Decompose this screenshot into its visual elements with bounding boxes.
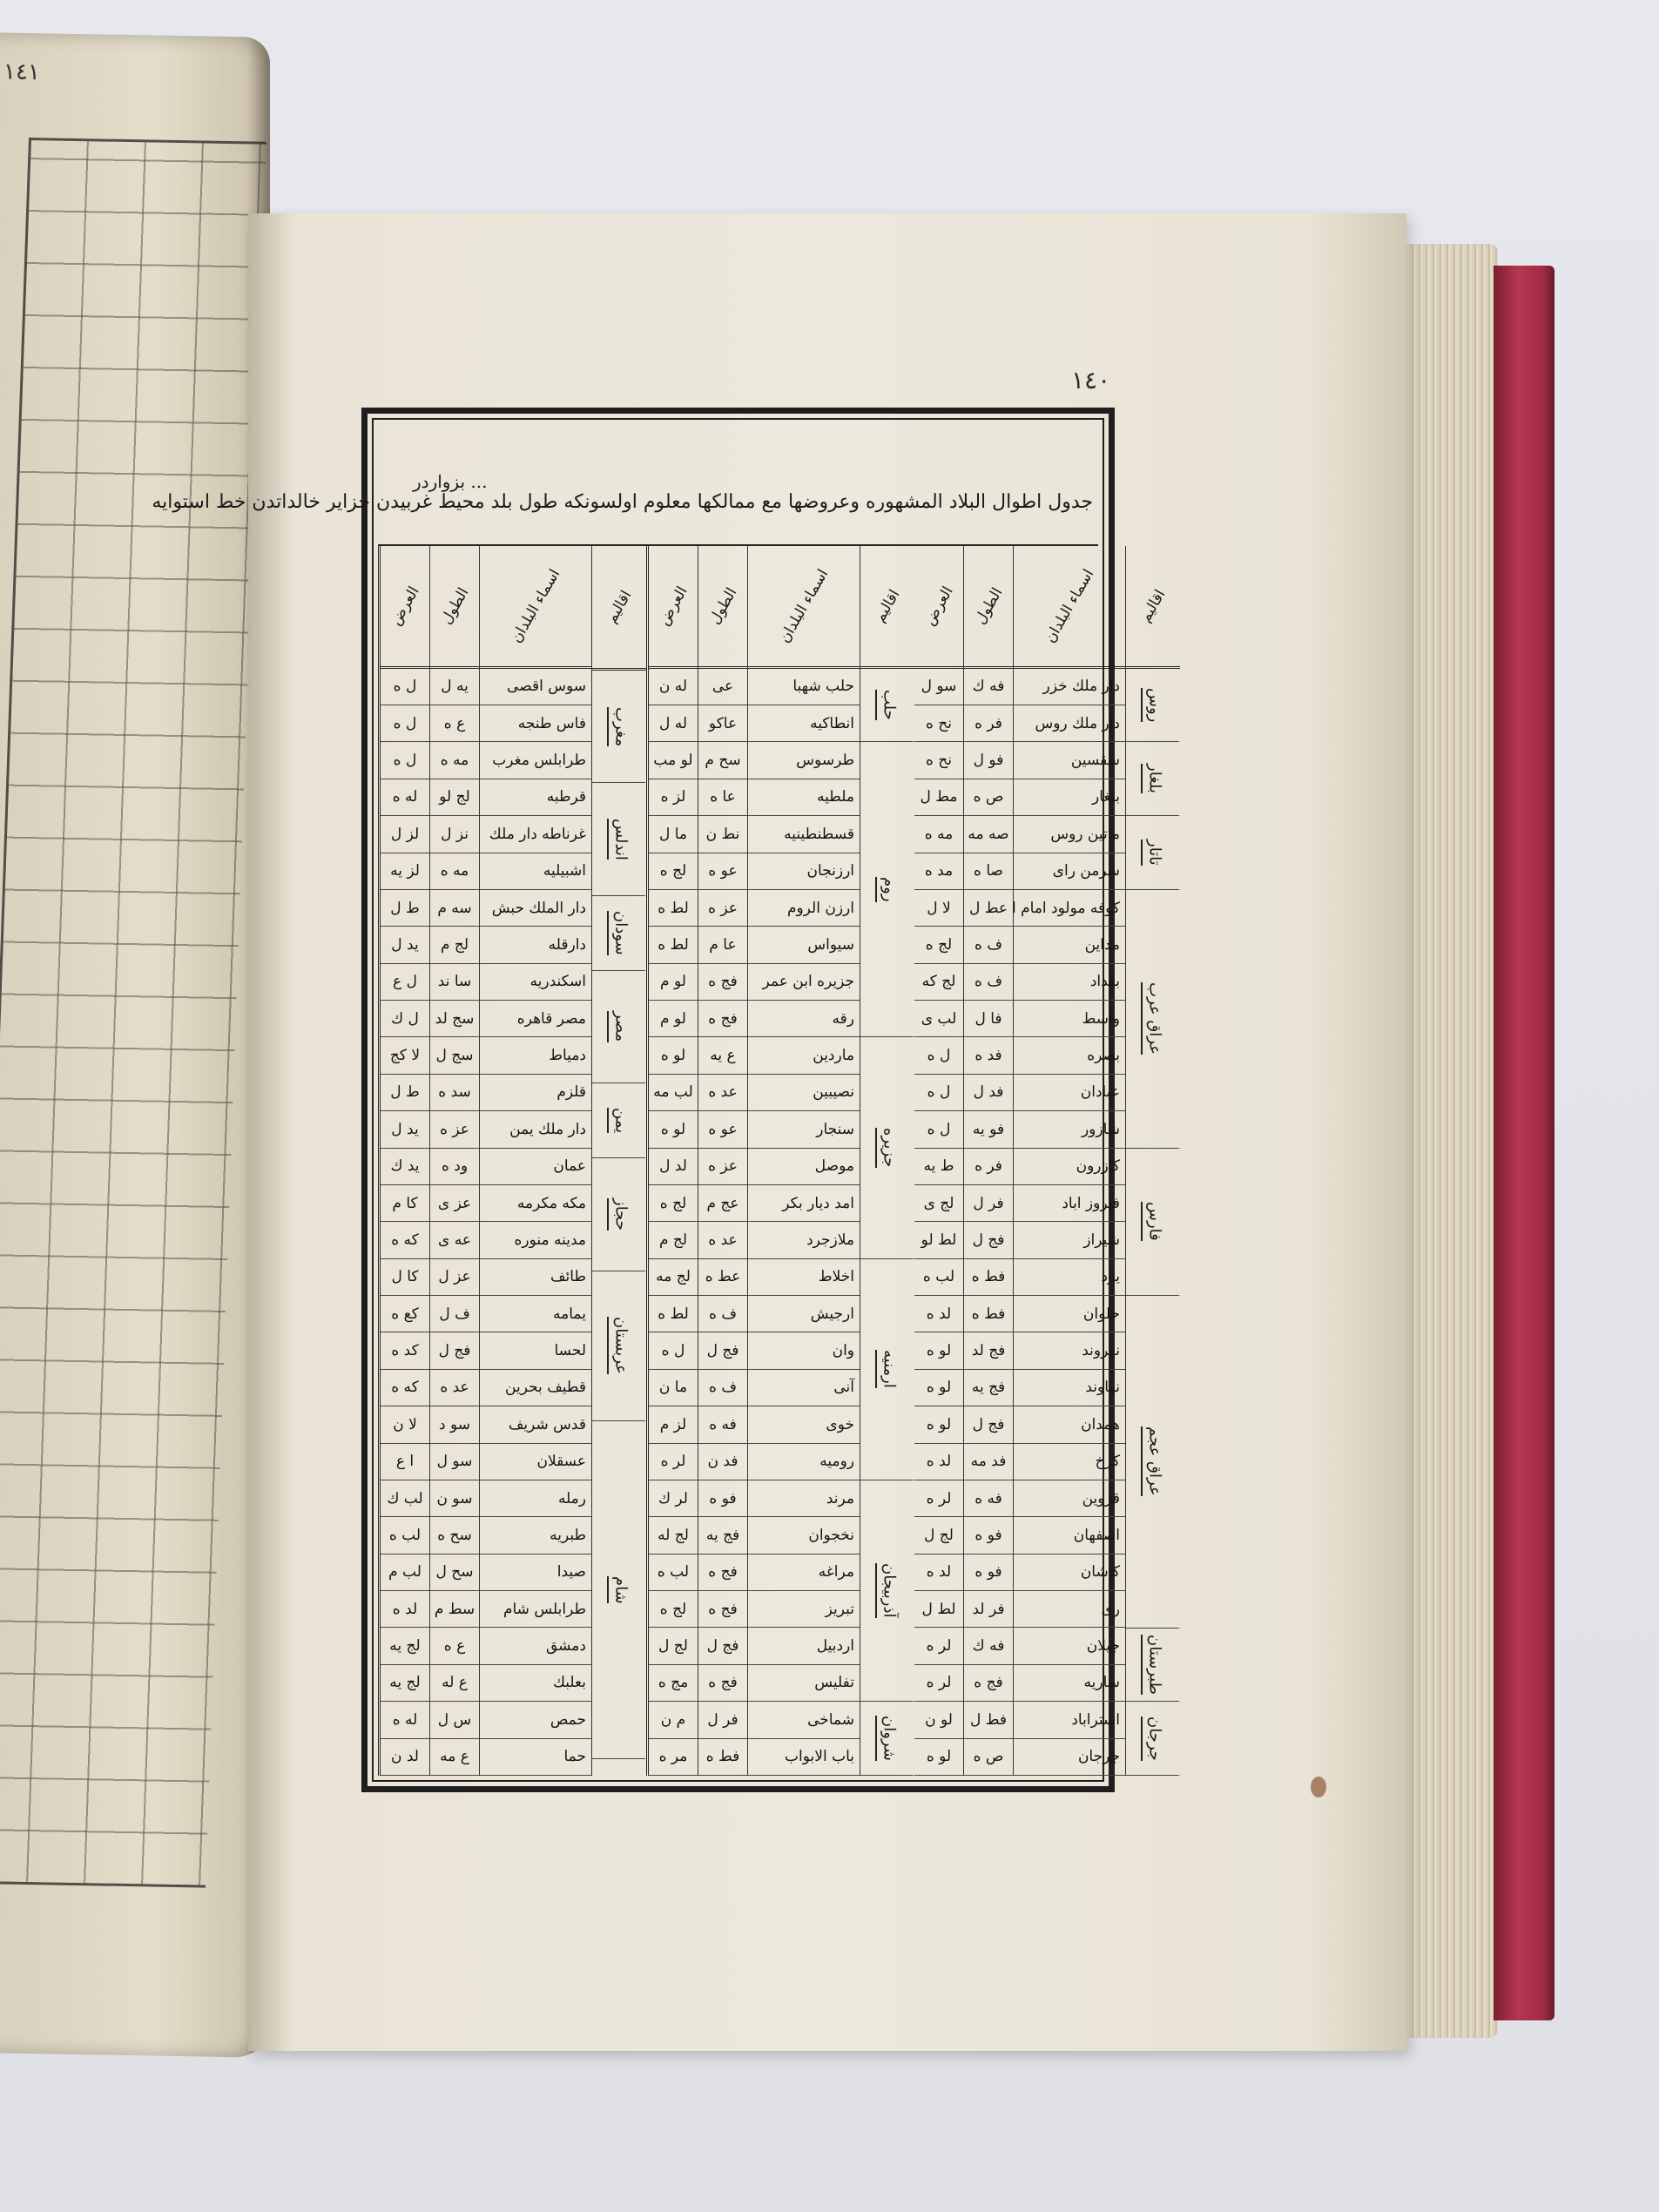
region-label-text: حلب — [875, 690, 899, 720]
longitude-cell: فج ل — [698, 1628, 747, 1664]
region-label: اندلس — [592, 783, 646, 895]
city-cell: اصفهان — [1014, 1517, 1125, 1554]
book-cover-red — [1494, 266, 1554, 2020]
latitude-cell: لز ل — [381, 816, 429, 853]
city-name-header: اسماء البلدان — [1014, 546, 1125, 669]
longitude-cell: فر ه — [964, 1149, 1013, 1185]
longitude-cell: فج ل — [698, 1332, 747, 1369]
city-cell: دمياط — [480, 1037, 591, 1074]
latitude-cell: لو مب — [649, 742, 698, 779]
region-label-text: عراق عجم — [1141, 1426, 1164, 1496]
longitude-cell: ف ه — [964, 927, 1013, 963]
city-cell: ارزنجان — [748, 853, 860, 890]
longitude-cell: عد ه — [430, 1370, 479, 1406]
latitude-cell: له ن — [649, 669, 698, 705]
latitude-cell: ل ه — [381, 705, 429, 742]
longitude-cell: سا ند — [430, 964, 479, 1001]
left-longitude-column: الطولفه كفر هفو لص هصه مهصا هعط لف هف هف… — [963, 546, 1013, 1776]
longitude-cell: عز ه — [698, 890, 747, 927]
region-label: روس — [1126, 669, 1180, 743]
region-label: جزيره — [860, 1037, 914, 1258]
longitude-header-label: الطول — [437, 584, 472, 627]
latitude-cell: لط لو — [914, 1222, 963, 1258]
longitude-cell: فر ل — [698, 1702, 747, 1738]
latitude-cell: لر ه — [914, 1665, 963, 1702]
table-grid: اقاليممغرباندلسسودانمصريمنحجازعربستانشام… — [378, 544, 1098, 1776]
right-column-group: اقاليممغرباندلسسودانمصريمنحجازعربستانشام… — [378, 546, 646, 1776]
longitude-cell: ص ه — [964, 779, 1013, 816]
city-cell: روميه — [748, 1444, 860, 1480]
latitude-cell: لج ه — [649, 1185, 698, 1222]
latitude-cell: نح ه — [914, 705, 963, 742]
longitude-cell: ف ل — [430, 1296, 479, 1332]
city-cell: حما — [480, 1739, 591, 1776]
longitude-cell: ع يه — [698, 1037, 747, 1074]
latitude-cell: ل ك — [381, 1001, 429, 1037]
city-cell: نهروند — [1014, 1332, 1125, 1369]
latitude-cell: لد ه — [914, 1444, 963, 1480]
title-note: ... بزواردر — [413, 471, 487, 492]
region-label: فارس — [1126, 1149, 1180, 1297]
city-cell: جزيره ابن عمر — [748, 964, 860, 1001]
city-cell: كازرون — [1014, 1149, 1125, 1185]
city-name-header: اسماء البلدان — [480, 546, 591, 669]
iqlim-header: اقاليم — [1126, 546, 1180, 669]
city-cell: نصيبين — [748, 1075, 860, 1111]
city-cell: رى — [1014, 1591, 1125, 1628]
latitude-header-label: العرض — [655, 583, 691, 629]
longitude-cell: سو د — [430, 1406, 479, 1443]
iqlim-header-label: اقاليم — [603, 588, 635, 626]
right-latitude-column: العرضل هل هل هله هلز للز يهط ليد لل عل ك… — [381, 546, 429, 1776]
latitude-cell: مه ه — [914, 816, 963, 853]
latitude-cell: لو م — [649, 964, 698, 1001]
longitude-cell: ف ه — [698, 1296, 747, 1332]
longitude-cell: فو ه — [964, 1517, 1013, 1554]
latitude-cell: لا كج — [381, 1037, 429, 1074]
longitude-cell: فط ل — [964, 1702, 1013, 1738]
region-label-text: طبرستان — [1141, 1635, 1164, 1695]
left-page-number: ١٤١ — [3, 59, 40, 86]
latitude-cell: لج ل — [649, 1628, 698, 1664]
city-cell: مراغه — [748, 1554, 860, 1591]
latitude-cell: لر ك — [649, 1480, 698, 1517]
city-cell: تبريز — [748, 1591, 860, 1628]
city-cell: فيروز اباد — [1014, 1185, 1125, 1222]
city-cell: سيواس — [748, 927, 860, 963]
city-cell: دار ملك يمن — [480, 1111, 591, 1148]
longitude-cell: عد ه — [698, 1222, 747, 1258]
city-cell: قزوين — [1014, 1480, 1125, 1517]
city-cell: عبادان — [1014, 1075, 1125, 1111]
latitude-cell: مر ه — [649, 1739, 698, 1776]
longitude-cell: فج ه — [698, 964, 747, 1001]
city-cell: همدان — [1014, 1406, 1125, 1443]
right-iqlim-column: اقاليممغرباندلسسودانمصريمنحجازعربستانشام — [591, 546, 646, 1776]
city-cell: انطاكيه — [748, 705, 860, 742]
city-cell: ارزن الروم — [748, 890, 860, 927]
longitude-cell: فر لد — [964, 1591, 1013, 1628]
city-cell: رقه — [748, 1001, 860, 1037]
city-cell: سوس اقصى — [480, 669, 591, 705]
table-title-block: ... بزواردر جدول اطوال البلاد المشهوره و… — [378, 475, 1098, 536]
latitude-cell: لا ل — [914, 890, 963, 927]
latitude-cell: لو ن — [914, 1702, 963, 1738]
longitude-cell: عط ه — [698, 1259, 747, 1296]
latitude-cell: لب ى — [914, 1001, 963, 1037]
latitude-cell: نح ه — [914, 742, 963, 779]
longitude-cell: فد مه — [964, 1444, 1013, 1480]
latitude-cell: لز ه — [649, 779, 698, 816]
city-name-header-label: اسماء البلدان — [776, 566, 832, 646]
city-cell: كوفه مولود امام اعظم — [1014, 890, 1125, 927]
latitude-cell: يد ل — [381, 927, 429, 963]
left-column-group: اقاليمروسبلغارتاتارعراق عربفارسعراق عجمط… — [914, 546, 1180, 1776]
latitude-cell: مط ل — [914, 779, 963, 816]
latitude-cell: لو م — [649, 1001, 698, 1037]
region-label: مصر — [592, 971, 646, 1083]
longitude-cell: سح م — [698, 742, 747, 779]
latitude-cell: كع ه — [381, 1296, 429, 1332]
city-cell: موصل — [748, 1149, 860, 1185]
latitude-cell: يد ل — [381, 1111, 429, 1148]
longitude-cell: عط ل — [964, 890, 1013, 927]
region-label: حجاز — [592, 1158, 646, 1271]
city-cell: ملطيه — [748, 779, 860, 816]
latitude-cell: لج ه — [914, 927, 963, 963]
region-label-text: سودان — [607, 911, 631, 955]
latitude-cell: لد ه — [914, 1554, 963, 1591]
latitude-cell: ط ل — [381, 890, 429, 927]
city-cell: استراباد — [1014, 1702, 1125, 1738]
latitude-cell: م ن — [649, 1702, 698, 1738]
city-cell: دار ملك روس — [1014, 705, 1125, 742]
longitude-cell: فط ه — [698, 1739, 747, 1776]
latitude-cell: لج م — [649, 1222, 698, 1258]
longitude-cell: عز ه — [430, 1111, 479, 1148]
latitude-cell: لب ه — [914, 1259, 963, 1296]
city-cell: وان — [748, 1332, 860, 1369]
latitude-cell: ط ل — [381, 1075, 429, 1111]
city-cell: نخجوان — [748, 1517, 860, 1554]
latitude-cell: ما ن — [649, 1370, 698, 1406]
longitude-cell: س ل — [430, 1702, 479, 1738]
longitude-cell: ص ه — [964, 1739, 1013, 1776]
region-label: روم — [860, 742, 914, 1037]
left-city-name-column: اسماء البلداندار ملك خزردار ملك روسسقسين… — [1013, 546, 1125, 1776]
city-cell: لحسا — [480, 1332, 591, 1369]
region-label-text: آذربيجان — [875, 1563, 899, 1617]
longitude-cell: فا ل — [964, 1001, 1013, 1037]
longitude-cell: فد ن — [698, 1444, 747, 1480]
latitude-cell: لط ه — [649, 890, 698, 927]
middle-city-name-column: اسماء البلدانحلب شهباانطاكيهطرسوسملطيهقس… — [747, 546, 860, 1776]
latitude-header-label: العرض — [921, 583, 956, 629]
longitude-cell: فو ه — [964, 1554, 1013, 1591]
latitude-cell: لج مه — [649, 1259, 698, 1296]
region-label: عربستان — [592, 1271, 646, 1421]
latitude-cell: ل ه — [914, 1111, 963, 1148]
latitude-cell: لز يه — [381, 853, 429, 890]
city-cell: قسطنطينيه — [748, 816, 860, 853]
latitude-cell: لب ه — [381, 1517, 429, 1554]
city-cell: عسقلان — [480, 1444, 591, 1480]
longitude-cell: سط م — [430, 1591, 479, 1628]
longitude-cell: عز ل — [430, 1259, 479, 1296]
region-label: شروان — [860, 1702, 914, 1776]
city-cell: مداين — [1014, 927, 1125, 963]
city-cell: شيراز — [1014, 1222, 1125, 1258]
longitude-cell: عز ى — [430, 1185, 479, 1222]
city-cell: طرابلس شام — [480, 1591, 591, 1628]
latitude-cell: له ل — [649, 705, 698, 742]
book-page-edges — [1402, 244, 1498, 2038]
city-cell: ارجيش — [748, 1296, 860, 1332]
city-cell: شازور — [1014, 1111, 1125, 1148]
city-name-header-label: اسماء البلدان — [1042, 566, 1097, 646]
latitude-cell: لر ه — [914, 1628, 963, 1664]
right-longitude-column: الطوليه لع همه هلج لونز لمه هسه ملج مسا … — [429, 546, 479, 1776]
latitude-header: العرض — [649, 546, 698, 669]
latitude-cell: لد ن — [381, 1739, 429, 1776]
coordinates-table: ... بزواردر جدول اطوال البلاد المشهوره و… — [361, 408, 1115, 1792]
latitude-cell: لج ل — [914, 1517, 963, 1554]
latitude-cell: سو ل — [914, 669, 963, 705]
city-cell: اخلاط — [748, 1259, 860, 1296]
city-cell: آنى — [748, 1370, 860, 1406]
latitude-cell: ما ل — [649, 816, 698, 853]
facing-left-page: ١٤١ — [0, 32, 270, 2058]
region-label-text: شام — [607, 1576, 631, 1604]
latitude-cell: لب م — [381, 1554, 429, 1591]
paper-stain — [1311, 1777, 1326, 1797]
city-cell: واسط — [1014, 1001, 1125, 1037]
region-label: تاتار — [1126, 816, 1180, 890]
city-cell: دمشق — [480, 1628, 591, 1664]
latitude-cell: لج يه — [381, 1665, 429, 1702]
latitude-cell: له ه — [381, 1702, 429, 1738]
region-label: سودان — [592, 896, 646, 971]
city-cell: مرند — [748, 1480, 860, 1517]
region-label: عراق عجم — [1126, 1296, 1180, 1628]
city-cell: مدينه منوره — [480, 1222, 591, 1258]
page-number: ١٤٠ — [1071, 366, 1110, 395]
longitude-cell: سح ل — [430, 1554, 479, 1591]
longitude-cell: ع له — [430, 1665, 479, 1702]
city-cell: سرمن راى — [1014, 853, 1125, 890]
latitude-cell: لد ه — [914, 1296, 963, 1332]
longitude-cell: فو يه — [964, 1111, 1013, 1148]
latitude-cell: لج كه — [914, 964, 963, 1001]
latitude-cell: لد ل — [649, 1149, 698, 1185]
region-label-text: عراق عرب — [1141, 982, 1164, 1055]
latitude-cell: كا ل — [381, 1259, 429, 1296]
latitude-cell: ل ه — [914, 1075, 963, 1111]
latitude-cell: لط ل — [914, 1591, 963, 1628]
latitude-cell: لد ه — [381, 1591, 429, 1628]
longitude-cell: عز ه — [698, 1149, 747, 1185]
longitude-cell: عه ى — [430, 1222, 479, 1258]
longitude-cell: ع ه — [430, 1628, 479, 1664]
longitude-cell: عو ه — [698, 1111, 747, 1148]
longitude-cell: فج ل — [964, 1222, 1013, 1258]
city-cell: دار ملك خزر — [1014, 669, 1125, 705]
iqlim-header-label: اقاليم — [1136, 587, 1169, 625]
latitude-cell: لا ن — [381, 1406, 429, 1443]
city-cell: اشبيليه — [480, 853, 591, 890]
longitude-cell: صا ه — [964, 853, 1013, 890]
city-cell: دارقله — [480, 927, 591, 963]
city-cell: فاس طنجه — [480, 705, 591, 742]
latitude-cell: لج ى — [914, 1185, 963, 1222]
city-cell: سنجار — [748, 1111, 860, 1148]
latitude-cell: لر ه — [914, 1480, 963, 1517]
longitude-cell: نز ل — [430, 816, 479, 853]
city-cell: قلزم — [480, 1075, 591, 1111]
longitude-header-label: الطول — [971, 584, 1006, 627]
latitude-cell: لو ه — [914, 1406, 963, 1443]
longitude-cell: سو ل — [430, 1444, 479, 1480]
latitude-cell: لر ه — [649, 1444, 698, 1480]
latitude-cell: لو ه — [914, 1370, 963, 1406]
longitude-cell: ع مه — [430, 1739, 479, 1776]
longitude-cell: صه مه — [964, 816, 1013, 853]
city-cell: حلوان — [1014, 1296, 1125, 1332]
longitude-cell: عى — [698, 669, 747, 705]
latitude-cell: ل ه — [381, 669, 429, 705]
longitude-cell: فو ه — [698, 1480, 747, 1517]
city-cell: كرخ — [1014, 1444, 1125, 1480]
longitude-cell: لج م — [430, 927, 479, 963]
city-cell: قدس شريف — [480, 1406, 591, 1443]
region-label-text: مغرب — [607, 707, 631, 746]
city-cell: باب الابواب — [748, 1739, 860, 1776]
latitude-cell: ل ع — [381, 964, 429, 1001]
city-cell: ملازجرد — [748, 1222, 860, 1258]
city-cell: طرسوس — [748, 742, 860, 779]
region-label-text: فارس — [1141, 1202, 1164, 1241]
city-cell: ماتين روس — [1014, 816, 1125, 853]
iqlim-header: اقاليم — [592, 546, 646, 671]
latitude-cell: كد ه — [381, 1332, 429, 1369]
region-label-text: يمن — [607, 1108, 631, 1133]
latitude-cell: لج له — [649, 1517, 698, 1554]
latitude-cell: لط ه — [649, 1296, 698, 1332]
region-label-text: روس — [1141, 688, 1164, 722]
longitude-cell: مه ه — [430, 742, 479, 779]
longitude-cell: فج ل — [964, 1406, 1013, 1443]
city-cell: ساريه — [1014, 1665, 1125, 1702]
longitude-cell: فه ك — [964, 669, 1013, 705]
longitude-cell: عا ه — [698, 779, 747, 816]
region-label: جرجان — [1126, 1702, 1180, 1776]
latitude-cell: ط يه — [914, 1149, 963, 1185]
city-cell: بصره — [1014, 1037, 1125, 1074]
longitude-cell: فج لد — [964, 1332, 1013, 1369]
longitude-cell: مه ه — [430, 853, 479, 890]
left-page-table — [0, 138, 266, 1888]
middle-longitude-column: الطولعىعاكوسح معا هنط نعو هعز هعا مفج هف… — [698, 546, 747, 1776]
city-cell: بعلبك — [480, 1665, 591, 1702]
region-label-text: شروان — [875, 1716, 899, 1761]
longitude-cell: فط ه — [964, 1259, 1013, 1296]
longitude-cell: ف ه — [698, 1370, 747, 1406]
longitude-cell: عو ه — [698, 853, 747, 890]
longitude-cell: سج ل — [430, 1037, 479, 1074]
longitude-cell: يه ل — [430, 669, 479, 705]
city-cell: اردبيل — [748, 1628, 860, 1664]
longitude-cell: فه ه — [698, 1406, 747, 1443]
longitude-cell: ف ه — [964, 964, 1013, 1001]
middle-iqlim-column: اقاليمحلبرومجزيرهارمنيهآذربيجانشروان — [860, 546, 914, 1776]
middle-column-group: اقاليمحلبرومجزيرهارمنيهآذربيجانشرواناسما… — [646, 546, 914, 1776]
latitude-cell: كه ه — [381, 1222, 429, 1258]
longitude-cell: فد ه — [964, 1037, 1013, 1074]
latitude-cell: له ه — [381, 779, 429, 816]
region-label-text: روم — [875, 877, 899, 902]
longitude-header: الطول — [430, 546, 479, 669]
region-label: بلغار — [1126, 742, 1180, 816]
left-iqlim-column: اقاليمروسبلغارتاتارعراق عربفارسعراق عجمط… — [1125, 546, 1180, 1776]
city-cell: يمامه — [480, 1296, 591, 1332]
longitude-cell: سح ه — [430, 1517, 479, 1554]
region-label: شام — [592, 1421, 646, 1759]
city-cell: امد ديار بكر — [748, 1185, 860, 1222]
city-cell: مصر قاهره — [480, 1001, 591, 1037]
latitude-header-label: العرض — [387, 583, 422, 629]
latitude-cell: كه ه — [381, 1370, 429, 1406]
city-cell: صيدا — [480, 1554, 591, 1591]
latitude-cell: يد ك — [381, 1149, 429, 1185]
longitude-cell: فد ل — [964, 1075, 1013, 1111]
longitude-cell: نط ن — [698, 816, 747, 853]
latitude-header: العرض — [914, 546, 963, 669]
latitude-cell: ل ه — [381, 742, 429, 779]
city-cell: غرناطه دار ملك — [480, 816, 591, 853]
longitude-header: الطول — [964, 546, 1013, 669]
longitude-header: الطول — [698, 546, 747, 669]
middle-latitude-column: العرضله نله للو مبلز هما للج هلط هلط هلو… — [649, 546, 698, 1776]
region-label-text: تاتار — [1141, 840, 1164, 866]
city-cell: حلب شهبا — [748, 669, 860, 705]
region-label-text: ارمنيه — [875, 1350, 899, 1388]
longitude-cell: عاكو — [698, 705, 747, 742]
city-cell: سقسين — [1014, 742, 1125, 779]
region-label-text: اندلس — [607, 819, 631, 860]
longitude-cell: عا م — [698, 927, 747, 963]
city-cell: مكه مكرمه — [480, 1185, 591, 1222]
latitude-cell: لو ه — [649, 1037, 698, 1074]
region-label-text: حجاز — [607, 1198, 631, 1231]
longitude-cell: ع ه — [430, 705, 479, 742]
latitude-cell: لج ه — [649, 1591, 698, 1628]
region-label: آذربيجان — [860, 1480, 914, 1702]
longitude-cell: فط ه — [964, 1296, 1013, 1332]
longitude-cell: فج ه — [964, 1665, 1013, 1702]
longitude-cell: فج ه — [698, 1554, 747, 1591]
latitude-header: العرض — [381, 546, 429, 669]
city-cell: قرطبه — [480, 779, 591, 816]
longitude-cell: سج لد — [430, 1001, 479, 1037]
latitude-cell: لط ه — [649, 927, 698, 963]
city-cell: كاشان — [1014, 1554, 1125, 1591]
right-city-name-column: اسماء البلدانسوس اقصىفاس طنجهطرابلس مغرب… — [479, 546, 591, 1776]
city-cell: شماخى — [748, 1702, 860, 1738]
longitude-cell: عد ه — [698, 1075, 747, 1111]
region-label-text: عربستان — [607, 1317, 631, 1374]
longitude-cell: سه م — [430, 890, 479, 927]
latitude-cell: لج ه — [649, 853, 698, 890]
